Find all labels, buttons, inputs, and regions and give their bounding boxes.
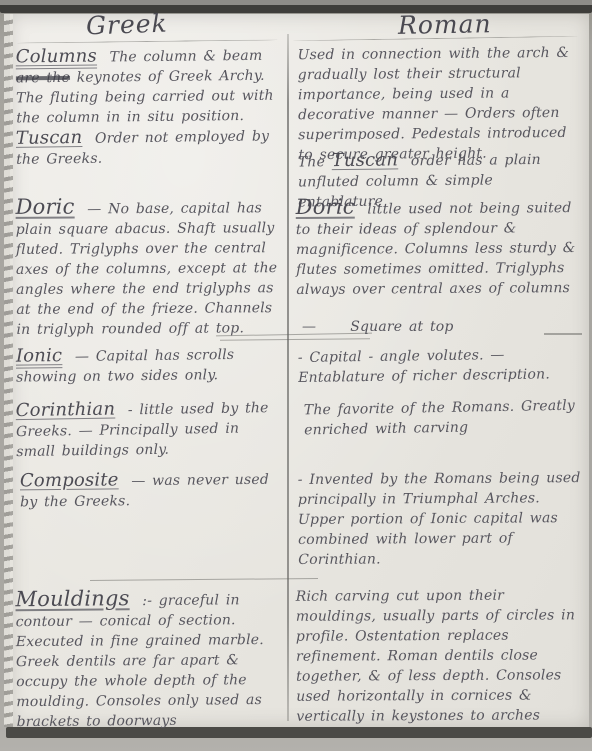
roman-tuscan-lead: The xyxy=(298,154,325,170)
section-divider-mouldings xyxy=(90,578,318,581)
roman-columns-text: Used in connection with the arch & gradu… xyxy=(297,45,569,163)
notebook-page: Greek Roman Columns The column & beam ar… xyxy=(10,14,589,727)
roman-section-columns: Used in connection with the arch & gradu… xyxy=(297,43,582,165)
greek-section-composite: Composite — was never used by the Greeks… xyxy=(20,469,284,513)
roman-composite-text: - Invented by the Romans being used prin… xyxy=(298,470,581,568)
greek-section-columns: Columns The column & beam are the keynot… xyxy=(16,45,285,129)
greek-section-ionic: Ionic — Capital has scrolls showing on t… xyxy=(16,343,284,387)
square-at-top-dash: — xyxy=(302,319,316,335)
photo-frame: Greek Roman Columns The column & beam ar… xyxy=(0,0,592,751)
term-mouldings-greek: Mouldings xyxy=(15,586,129,611)
roman-corinthian-text: The favorite of the Romans. Greatly enri… xyxy=(304,398,575,439)
greek-column-header: Greek xyxy=(86,9,169,41)
term-doric-greek: Doric xyxy=(15,195,74,219)
greek-section-corinthian: Corinthian - little used by the Greeks. … xyxy=(16,397,285,462)
term-columns: Columns xyxy=(16,46,97,68)
term-corinthian-greek: Corinthian xyxy=(16,399,116,422)
term-tuscan-roman: Tuscan xyxy=(332,149,399,171)
roman-note-square-at-top: —Square at top xyxy=(302,317,582,337)
greek-doric-text: — No base, capital has plain square abac… xyxy=(16,200,278,338)
roman-square-text: Square at top xyxy=(350,319,453,335)
roman-mouldings-text: Rich carving cut upon their mouldings, u… xyxy=(296,588,575,725)
roman-ionic-text: - Capital - angle volutes. — Entablature… xyxy=(298,347,550,386)
term-tuscan-greek: Tuscan xyxy=(16,127,83,149)
torn-left-edge xyxy=(4,14,13,727)
term-doric-roman: Doric xyxy=(296,195,355,219)
greek-section-tuscan: Tuscan Order not employed by the Greeks. xyxy=(16,125,285,170)
roman-section-corinthian: The favorite of the Romans. Greatly enri… xyxy=(304,396,583,441)
roman-section-doric: Doric little used not being suited to th… xyxy=(296,195,583,300)
header-underline-left xyxy=(16,39,278,43)
greek-columns-struck-text: are the xyxy=(16,70,70,87)
term-ionic-greek: Ionic xyxy=(16,345,63,367)
greek-section-doric: Doric — No base, capital has plain squar… xyxy=(16,195,285,340)
roman-section-composite: - Invented by the Romans being used prin… xyxy=(298,468,585,570)
section-divider-ionic-bottom xyxy=(220,338,370,341)
roman-section-ionic: - Capital - angle volutes. — Entablature… xyxy=(298,344,583,388)
roman-section-mouldings: Rich carving cut upon their mouldings, u… xyxy=(296,585,585,727)
term-composite-greek: Composite xyxy=(20,469,119,491)
roman-column-header: Roman xyxy=(398,9,492,40)
greek-columns-text-before: The column & beam xyxy=(110,48,263,66)
greek-section-mouldings: Mouldings :- graceful in contour — conic… xyxy=(15,587,288,732)
greek-mouldings-text: :- graceful in contour — conical of sect… xyxy=(16,592,264,730)
